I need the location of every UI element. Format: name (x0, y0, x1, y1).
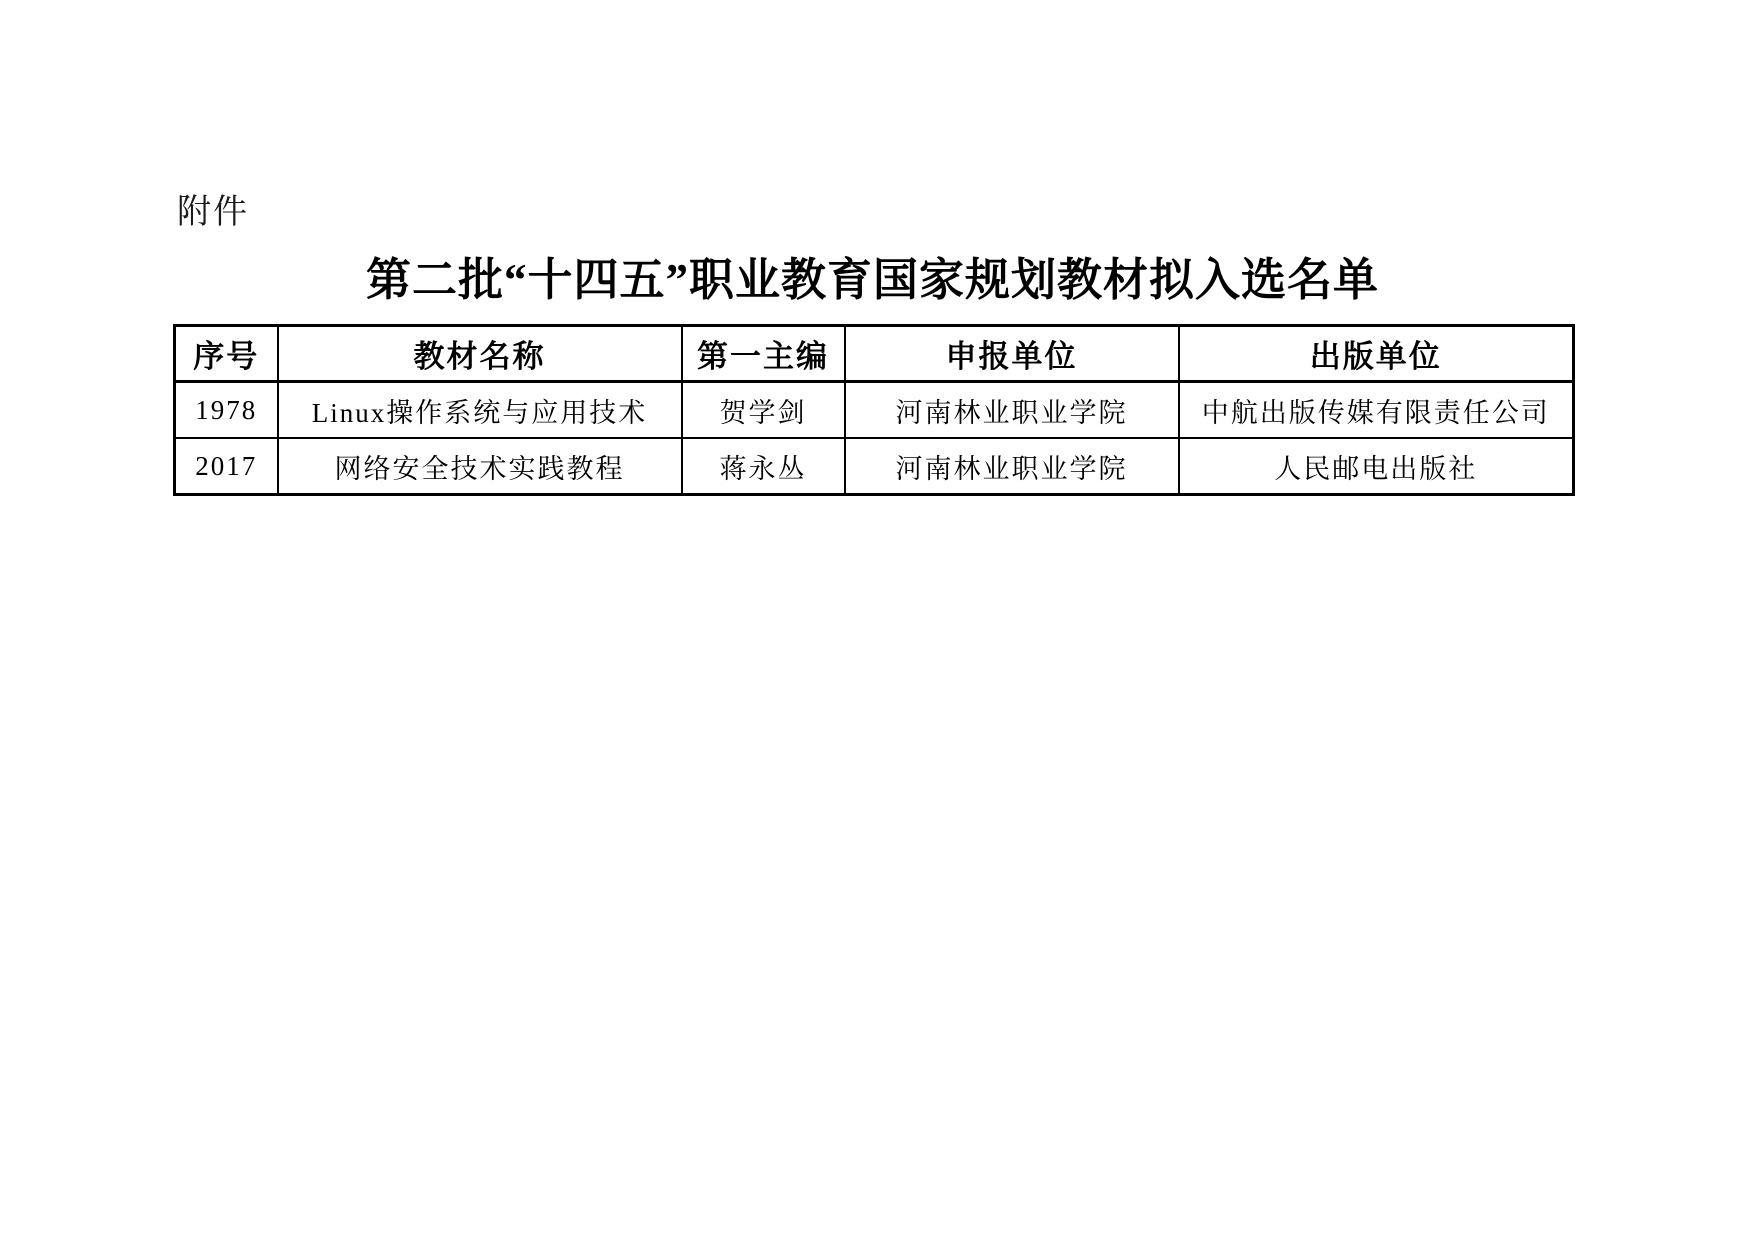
column-header-publisher: 出版单位 (1179, 326, 1574, 382)
column-header-serial-number: 序号 (175, 326, 278, 382)
cell-publisher: 中航出版传媒有限责任公司 (1179, 382, 1574, 439)
column-header-first-editor: 第一主编 (682, 326, 845, 382)
table-row: 1978 Linux操作系统与应用技术 贺学剑 河南林业职业学院 中航出版传媒有… (175, 382, 1574, 439)
cell-first-editor: 贺学剑 (682, 382, 845, 439)
column-header-textbook-name: 教材名称 (278, 326, 682, 382)
cell-textbook-name: Linux操作系统与应用技术 (278, 382, 682, 439)
column-header-applicant-unit: 申报单位 (845, 326, 1179, 382)
cell-applicant-unit: 河南林业职业学院 (845, 382, 1179, 439)
attachment-label: 附件 (177, 184, 249, 233)
cell-textbook-name: 网络安全技术实践教程 (278, 438, 682, 495)
cell-publisher: 人民邮电出版社 (1179, 438, 1574, 495)
page-title: 第二批“十四五”职业教育国家规划教材拟入选名单 (173, 243, 1572, 308)
table-row: 2017 网络安全技术实践教程 蒋永丛 河南林业职业学院 人民邮电出版社 (175, 438, 1574, 495)
cell-first-editor: 蒋永丛 (682, 438, 845, 495)
table-header-row: 序号 教材名称 第一主编 申报单位 出版单位 (175, 326, 1574, 382)
textbook-selection-table: 序号 教材名称 第一主编 申报单位 出版单位 1978 Linux操作系统与应用… (173, 324, 1575, 496)
cell-serial-number: 1978 (175, 382, 278, 439)
document-page: 附件 第二批“十四五”职业教育国家规划教材拟入选名单 序号 教材名称 第一主编 … (0, 0, 1754, 1240)
cell-serial-number: 2017 (175, 438, 278, 495)
cell-applicant-unit: 河南林业职业学院 (845, 438, 1179, 495)
